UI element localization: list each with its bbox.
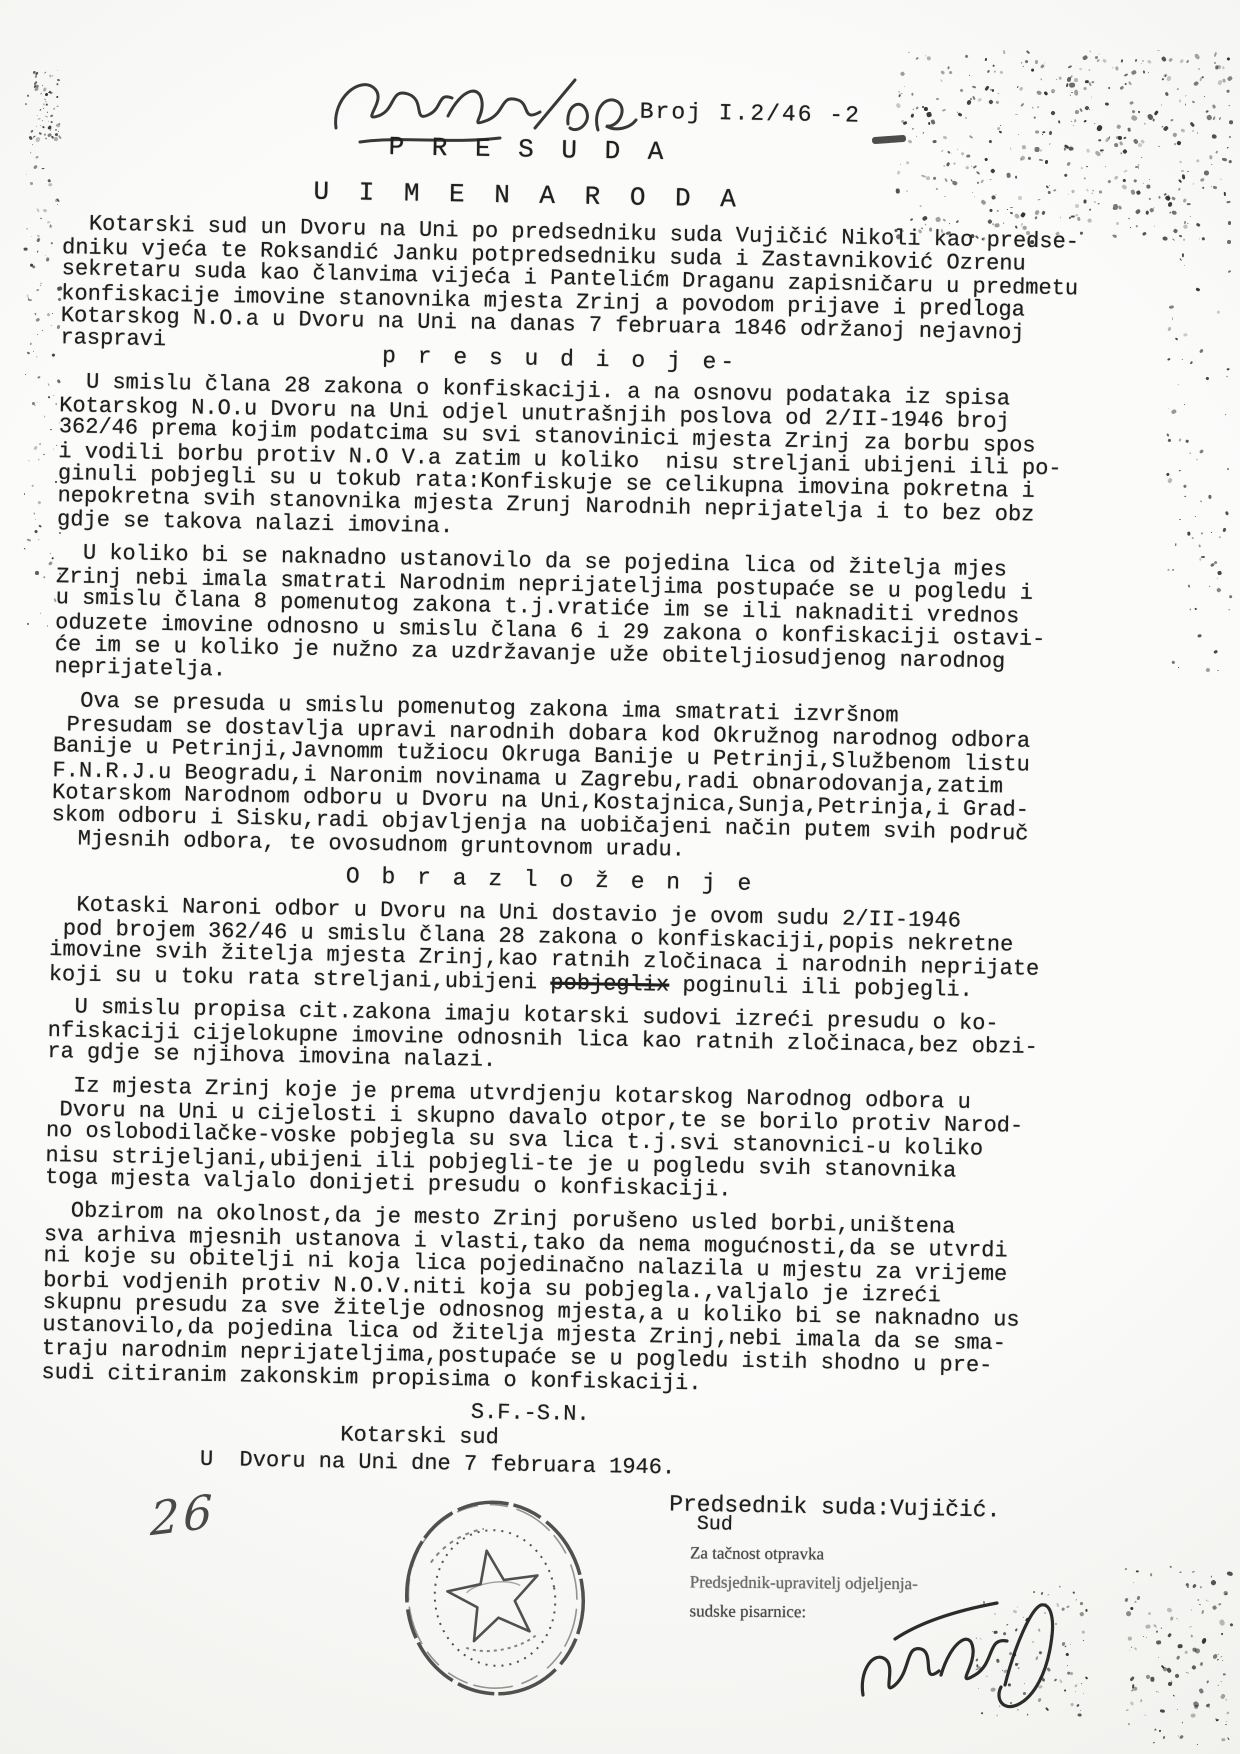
ink-smudge — [872, 135, 906, 144]
paragraph-court-panel: Kotarski sud un Dvoru na Uni po predsedn… — [60, 212, 1212, 371]
paragraph-delivery: Ova se presuda u smislu pomenutog zakona… — [51, 689, 1204, 871]
scan-noise-top-right — [895, 50, 1230, 240]
certification-line-2: Predsjednik-upravitelj odjeljenja- — [690, 1567, 1188, 1600]
document-title: P R E S U D A — [249, 129, 809, 169]
paragraph-explanation-3: Iz mjesta Zrinj koje je prema utvrdjenju… — [45, 1074, 1197, 1210]
document-subtitle: U I M E N A R O D A — [208, 175, 848, 217]
certification-line-1: Za tačnost otpravka — [690, 1538, 1188, 1571]
scan-noise-top-left-corner — [28, 70, 58, 140]
paragraph-explanation-4: Obzirom na okolnost,da je mesto Zrinj po… — [41, 1199, 1194, 1404]
scan-noise-left-edge — [24, 68, 60, 638]
paragraph-verdict: U smislu člana 28 zakona o konfiskaciji.… — [57, 370, 1210, 552]
scanned-court-judgment-page: Broj I.2/46 -2 P R E S U D A U I M E N A… — [0, 0, 1240, 1754]
paragraph-restitution: U koliko bi se naknadno ustanovilo da se… — [54, 541, 1206, 700]
document-number: Broj I.2/46 -2 — [639, 99, 861, 129]
struck-line-after: poginuli ili pobjegli. — [669, 973, 973, 1003]
paragraph-explanation-2: U smislu propisa cit.zakona imaju kotars… — [47, 995, 1198, 1085]
document-body: Kotarski sud un Dvoru na Uni po predsedn… — [37, 212, 1212, 1632]
certification-stamp-text: Za tačnost otpravka Predsjednik-upravite… — [689, 1538, 1188, 1629]
typed-content: Broj I.2/46 -2 P R E S U D A U I M E N A… — [2, 0, 1240, 22]
certification-line-3: sudske pisarnice: — [689, 1596, 1187, 1629]
handwritten-number: 26 — [150, 1484, 217, 1547]
paragraph-explanation-1: Kotaski Naroni odbor u Dvoru na Uni dost… — [49, 893, 1200, 1006]
struck-word: pobjeglix — [550, 971, 669, 998]
